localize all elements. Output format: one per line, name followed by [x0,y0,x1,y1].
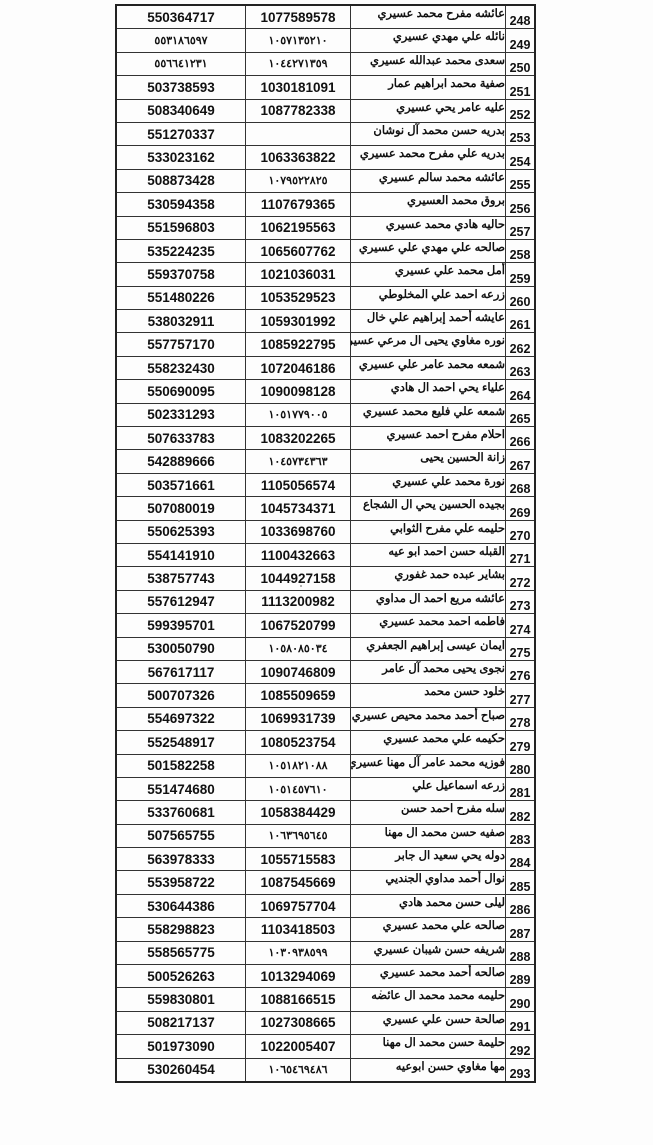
name-cell: حليمه علي مفرح الثوابي [351,520,506,543]
phone-cell: 538032911 [116,310,246,333]
name-cell: عائشه مفرح محمد عسيري [351,5,506,29]
serial-number-cell: 281 [506,777,536,800]
table-row: 5593707581021036031أمل محمد علي عسيري259 [116,263,535,286]
national-id-cell: 1105056574 [246,473,351,496]
serial-number-cell: 275 [506,637,536,660]
table-row: 5387577431044927158بشاير عبده حمد غفوري2… [116,567,535,590]
national-id-cell: ١٠٣٠٩٣٨٥٩٩ [246,941,351,964]
table-row: 501582258١٠٥١٨٢١٠٨٨فوزيه محمد عامر آل مه… [116,754,535,777]
table-row: 5576129471113200982عائشه مريع احمد ال مد… [116,590,535,613]
phone-cell: 554697322 [116,707,246,730]
serial-number-cell: 249 [506,29,536,52]
name-cell: صالحه علي محمد عسيري [351,918,506,941]
table-row: 5070800191045734371بجيده الحسين يحي ال ا… [116,497,535,520]
phone-cell: 558298823 [116,918,246,941]
table-row: 5380329111059301992عايشه أحمد إبراهيم عل… [116,310,535,333]
name-cell: ايمان عيسى إبراهيم الجعفري [351,637,506,660]
national-id-cell: 1069931739 [246,707,351,730]
national-id-cell: 1013294069 [246,965,351,988]
serial-number-cell: 262 [506,333,536,356]
phone-cell: 559830801 [116,988,246,1011]
serial-number-cell: 250 [506,52,536,75]
serial-number-cell: 267 [506,450,536,473]
name-cell: علياء يحي احمد ال هادي [351,380,506,403]
phone-cell: 508217137 [116,1011,246,1034]
phone-cell: 535224235 [116,239,246,262]
serial-number-cell: 291 [506,1011,536,1034]
table-body: 5503647171077589578عائشه مفرح محمد عسيري… [116,5,535,1082]
table-row: 530260454١٠٦٥٤٦٩٤٨٦مها مغاوي حسن ابوعيه2… [116,1058,535,1082]
phone-cell: 551480226 [116,286,246,309]
national-id-cell: 1059301992 [246,310,351,333]
phone-cell: ٥٥٣١٨٦٥٩٧ [116,29,246,52]
serial-number-cell: 289 [506,965,536,988]
national-id-cell: 1083202265 [246,427,351,450]
name-cell: بشاير عبده حمد غفوري [351,567,506,590]
national-id-cell: 1022005407 [246,1035,351,1058]
national-id-cell: ١٠٧٩٥٢٢٨٢٥ [246,169,351,192]
serial-number-cell: 285 [506,871,536,894]
name-cell: صالحه أحمد محمد عسيري [351,965,506,988]
national-id-cell: 1065607762 [246,239,351,262]
serial-number-cell: 257 [506,216,536,239]
table-row: 5503647171077589578عائشه مفرح محمد عسيري… [116,5,535,29]
name-cell: نورة محمد علي عسيري [351,473,506,496]
national-id-cell: 1107679365 [246,193,351,216]
phone-cell: 508873428 [116,169,246,192]
phone-cell: 599395701 [116,614,246,637]
national-id-cell: 1080523754 [246,731,351,754]
national-id-cell: 1033698760 [246,520,351,543]
name-cell: صالحة حسن علي عسيري [351,1011,506,1034]
national-id-cell: 1027308665 [246,1011,351,1034]
phone-cell: 559370758 [116,263,246,286]
table-row: 502331293١٠٥١٧٧٩٠٠٥شمعه علي فليع محمد عس… [116,403,535,426]
name-cell: خلود حسن محمد [351,684,506,707]
national-id-cell: ١٠٥٧١٣٥٢١٠ [246,29,351,52]
phone-cell: 557757170 [116,333,246,356]
national-id-cell: ١٠٥١٤٥٧٦١٠ [246,777,351,800]
serial-number-cell: 271 [506,543,536,566]
serial-number-cell: 272 [506,567,536,590]
phone-cell: 500707326 [116,684,246,707]
national-id-cell: 1087545669 [246,871,351,894]
serial-number-cell: 268 [506,473,536,496]
table-row: 5539587221087545669نوال أحمد مداوي الجند… [116,871,535,894]
serial-number-cell: 293 [506,1058,536,1082]
name-cell: سعدى محمد عبدالله عسيري [351,52,506,75]
serial-number-cell: 276 [506,660,536,683]
name-cell: نائله علي مهدي عسيري [351,29,506,52]
name-cell: شمعه علي فليع محمد عسيري [351,403,506,426]
table-row: 558565775١٠٣٠٩٣٨٥٩٩شريفه حسن شيبان عسيري… [116,941,535,964]
serial-number-cell: 258 [506,239,536,262]
table-row: 507565755١٠٦٣٦٩٥٦٤٥صفيه حسن محمد ال مهنا… [116,824,535,847]
serial-number-cell: 282 [506,801,536,824]
name-cell: عائشه مريع احمد ال مداوي [351,590,506,613]
national-id-cell: 1087782338 [246,99,351,122]
table-row: 5035716611105056574نورة محمد علي عسيري26… [116,473,535,496]
table-row: ٥٥٦٦٤١٢٣١١٠٤٤٢٧١٣٥٩سعدى محمد عبدالله عسي… [116,52,535,75]
table-row: 5541419101100432663القبله حسن احمد ابو ع… [116,543,535,566]
name-cell: دوله يحي سعيد ال جابر [351,848,506,871]
phone-cell: 530644386 [116,894,246,917]
phone-cell: ٥٥٦٦٤١٢٣١ [116,52,246,75]
table-row: 5582324301072046186شمعه محمد عامر علي عس… [116,356,535,379]
national-id-cell: 1088166515 [246,988,351,1011]
phone-cell: 550364717 [116,5,246,29]
table-row: 5005262631013294069صالحه أحمد محمد عسيري… [116,965,535,988]
table-row: 5515968031062195563حاليه هادي محمد عسيري… [116,216,535,239]
phone-cell: 550625393 [116,520,246,543]
serial-number-cell: 287 [506,918,536,941]
serial-number-cell: 255 [506,169,536,192]
serial-number-cell: 248 [506,5,536,29]
national-id-cell: 1055715583 [246,848,351,871]
name-cell: القبله حسن احمد ابو عيه [351,543,506,566]
national-id-cell: 1044927158 [246,567,351,590]
national-id-cell: 1067520799 [246,614,351,637]
name-cell: زانة الحسين يحيى [351,450,506,473]
scan-speck [300,585,302,587]
serial-number-cell: 269 [506,497,536,520]
table-row: 5676171171090746809نجوى يحيى محمد آل عام… [116,660,535,683]
phone-cell: 551270337 [116,122,246,145]
table-row: 5514802261053529523زرعه احمد علي المخلوط… [116,286,535,309]
national-id-cell: 1030181091 [246,76,351,99]
table-row: 508873428١٠٧٩٥٢٢٨٢٥عائشه محمد سالم عسيري… [116,169,535,192]
serial-number-cell: 260 [506,286,536,309]
phone-cell: 558232430 [116,356,246,379]
name-cell: بدريه حسن محمد آل نوشان [351,122,506,145]
table-row: 5506900951090098128علياء يحي احمد ال هاد… [116,380,535,403]
name-cell: شمعه محمد عامر علي عسيري [351,356,506,379]
phone-cell: 563978333 [116,848,246,871]
name-cell: صفية محمد ابراهيم عمار [351,76,506,99]
serial-number-cell: 277 [506,684,536,707]
name-cell: عليه عامر يحي عسيري [351,99,506,122]
table-row: 5582988231103418503صالحه علي محمد عسيري2… [116,918,535,941]
table-row: 530050790١٠٥٨٠٨٥٠٣٤ايمان عيسى إبراهيم ال… [116,637,535,660]
table-row: 5330231621063363822بدريه علي مفرح محمد ع… [116,146,535,169]
name-cell: عائشه محمد سالم عسيري [351,169,506,192]
serial-number-cell: 263 [506,356,536,379]
scanned-page: 5503647171077589578عائشه مفرح محمد عسيري… [0,0,653,1145]
table-row: 551270337بدريه حسن محمد آل نوشان253 [116,122,535,145]
phone-cell: 542889666 [116,450,246,473]
table-row: ٥٥٣١٨٦٥٩٧١٠٥٧١٣٥٢١٠نائله علي مهدي عسيري2… [116,29,535,52]
national-id-cell: ١٠٥١٧٧٩٠٠٥ [246,403,351,426]
name-cell: حاليه هادي محمد عسيري [351,216,506,239]
national-id-cell: 1090746809 [246,660,351,683]
national-id-cell: ١٠٦٥٤٦٩٤٨٦ [246,1058,351,1082]
table-row: 551474680١٠٥١٤٥٧٦١٠زرعه اسماعيل علي281 [116,777,535,800]
national-id-cell: 1113200982 [246,590,351,613]
serial-number-cell: 278 [506,707,536,730]
serial-number-cell: 283 [506,824,536,847]
name-cell: نوال أحمد مداوي الجنديي [351,871,506,894]
name-cell: نوره مغاوي يحيى ال مرعي عسيري [351,333,506,356]
name-cell: زرعه اسماعيل علي [351,777,506,800]
table-row: 5037385931030181091صفية محمد ابراهيم عما… [116,76,535,99]
phone-cell: 508340649 [116,99,246,122]
phone-cell: 567617117 [116,660,246,683]
serial-number-cell: 279 [506,731,536,754]
table-row: 5019730901022005407حليمة حسن محمد ال مهن… [116,1035,535,1058]
phone-cell: 551474680 [116,777,246,800]
name-cell: أمل محمد علي عسيري [351,263,506,286]
table-row: 5337606811058384429سله مفرح احمد حسن282 [116,801,535,824]
phone-cell: 530050790 [116,637,246,660]
table-row: 5525489171080523754حكيمه علي محمد عسيري2… [116,731,535,754]
name-cell: صباح أحمد محمد محيص عسيري [351,707,506,730]
national-id-cell: 1045734371 [246,497,351,520]
national-id-cell [246,122,351,145]
serial-number-cell: 280 [506,754,536,777]
serial-number-cell: 292 [506,1035,536,1058]
national-id-cell: 1053529523 [246,286,351,309]
national-id-cell: 1100432663 [246,543,351,566]
name-cell: احلام مفرح احمد عسيري [351,427,506,450]
national-id-cell: ١٠٥١٨٢١٠٨٨ [246,754,351,777]
phone-cell: 530594358 [116,193,246,216]
phone-cell: 501582258 [116,754,246,777]
name-cell: مها مغاوي حسن ابوعيه [351,1058,506,1082]
table-row: 5305943581107679365بروق محمد العسيري256 [116,193,535,216]
phone-cell: 507633783 [116,427,246,450]
phone-cell: 554141910 [116,543,246,566]
table-row: 5083406491087782338عليه عامر يحي عسيري25… [116,99,535,122]
phone-cell: 557612947 [116,590,246,613]
phone-cell: 500526263 [116,965,246,988]
table-row: 5306443861069757704ليلى حسن محمد هادي286 [116,894,535,917]
table-row: 5577571701085922795نوره مغاوي يحيى ال مر… [116,333,535,356]
phone-cell: 553958722 [116,871,246,894]
national-id-cell: ١٠٤٤٢٧١٣٥٩ [246,52,351,75]
national-id-cell: 1069757704 [246,894,351,917]
national-id-cell: ١٠٦٣٦٩٥٦٤٥ [246,824,351,847]
name-cell: صفيه حسن محمد ال مهنا [351,824,506,847]
national-id-cell: 1103418503 [246,918,351,941]
serial-number-cell: 274 [506,614,536,637]
name-cell: نجوى يحيى محمد آل عامر [351,660,506,683]
serial-number-cell: 254 [506,146,536,169]
name-cell: فوزيه محمد عامر آل مهنا عسيري [351,754,506,777]
scan-speck [380,990,382,992]
scan-speck [178,520,180,522]
table-row: 5506253931033698760حليمه علي مفرح الثواب… [116,520,535,543]
national-id-cell: 1058384429 [246,801,351,824]
phone-cell: 533023162 [116,146,246,169]
name-cell: بروق محمد العسيري [351,193,506,216]
serial-number-cell: 259 [506,263,536,286]
national-id-cell: 1021036031 [246,263,351,286]
phone-cell: 503571661 [116,473,246,496]
phone-cell: 558565775 [116,941,246,964]
national-id-cell: ١٠٥٨٠٨٥٠٣٤ [246,637,351,660]
name-cell: حكيمه علي محمد عسيري [351,731,506,754]
phone-cell: 533760681 [116,801,246,824]
name-cell: حليمة حسن محمد ال مهنا [351,1035,506,1058]
national-id-cell: 1085509659 [246,684,351,707]
table-row: 5082171371027308665صالحة حسن علي عسيري29… [116,1011,535,1034]
table-row: 542889666١٠٤٥٧٣٤٣٦٣زانة الحسين يحيى267 [116,450,535,473]
serial-number-cell: 290 [506,988,536,1011]
table-row: 5993957011067520799فاطمه احمد محمد عسيري… [116,614,535,637]
phone-cell: 552548917 [116,731,246,754]
table-row: 5598308011088166515حليمه محمد محمد ال عا… [116,988,535,1011]
serial-number-cell: 264 [506,380,536,403]
serial-number-cell: 252 [506,99,536,122]
name-cell: عايشه أحمد إبراهيم علي خال [351,310,506,333]
phone-cell: 507080019 [116,497,246,520]
name-cell: بجيده الحسين يحي ال الشجاع [351,497,506,520]
serial-number-cell: 273 [506,590,536,613]
serial-number-cell: 288 [506,941,536,964]
table-row: 5007073261085509659خلود حسن محمد277 [116,684,535,707]
serial-number-cell: 256 [506,193,536,216]
table-row: 5076337831083202265احلام مفرح احمد عسيري… [116,427,535,450]
national-id-cell: 1077589578 [246,5,351,29]
name-cell: شريفه حسن شيبان عسيري [351,941,506,964]
national-id-cell: 1090098128 [246,380,351,403]
table-row: 5546973221069931739صباح أحمد محمد محيص ع… [116,707,535,730]
phone-cell: 550690095 [116,380,246,403]
phone-cell: 501973090 [116,1035,246,1058]
name-cell: صالحه علي مهدي علي عسيري [351,239,506,262]
national-id-cell: 1062195563 [246,216,351,239]
phone-cell: 507565755 [116,824,246,847]
beneficiaries-table: 5503647171077589578عائشه مفرح محمد عسيري… [115,4,536,1083]
national-id-cell: ١٠٤٥٧٣٤٣٦٣ [246,450,351,473]
name-cell: زرعه احمد علي المخلوطي [351,286,506,309]
name-cell: بدريه علي مفرح محمد عسيري [351,146,506,169]
national-id-cell: 1063363822 [246,146,351,169]
national-id-cell: 1072046186 [246,356,351,379]
phone-cell: 551596803 [116,216,246,239]
table-row: 5639783331055715583دوله يحي سعيد ال جابر… [116,848,535,871]
name-cell: فاطمه احمد محمد عسيري [351,614,506,637]
serial-number-cell: 251 [506,76,536,99]
name-cell: ليلى حسن محمد هادي [351,894,506,917]
phone-cell: 503738593 [116,76,246,99]
phone-cell: 530260454 [116,1058,246,1082]
phone-cell: 502331293 [116,403,246,426]
phone-cell: 538757743 [116,567,246,590]
table-row: 5352242351065607762صالحه علي مهدي علي عس… [116,239,535,262]
name-cell: حليمه محمد محمد ال عائضه [351,988,506,1011]
serial-number-cell: 253 [506,122,536,145]
serial-number-cell: 286 [506,894,536,917]
national-id-cell: 1085922795 [246,333,351,356]
name-cell: سله مفرح احمد حسن [351,801,506,824]
serial-number-cell: 261 [506,310,536,333]
serial-number-cell: 284 [506,848,536,871]
serial-number-cell: 266 [506,427,536,450]
serial-number-cell: 270 [506,520,536,543]
serial-number-cell: 265 [506,403,536,426]
